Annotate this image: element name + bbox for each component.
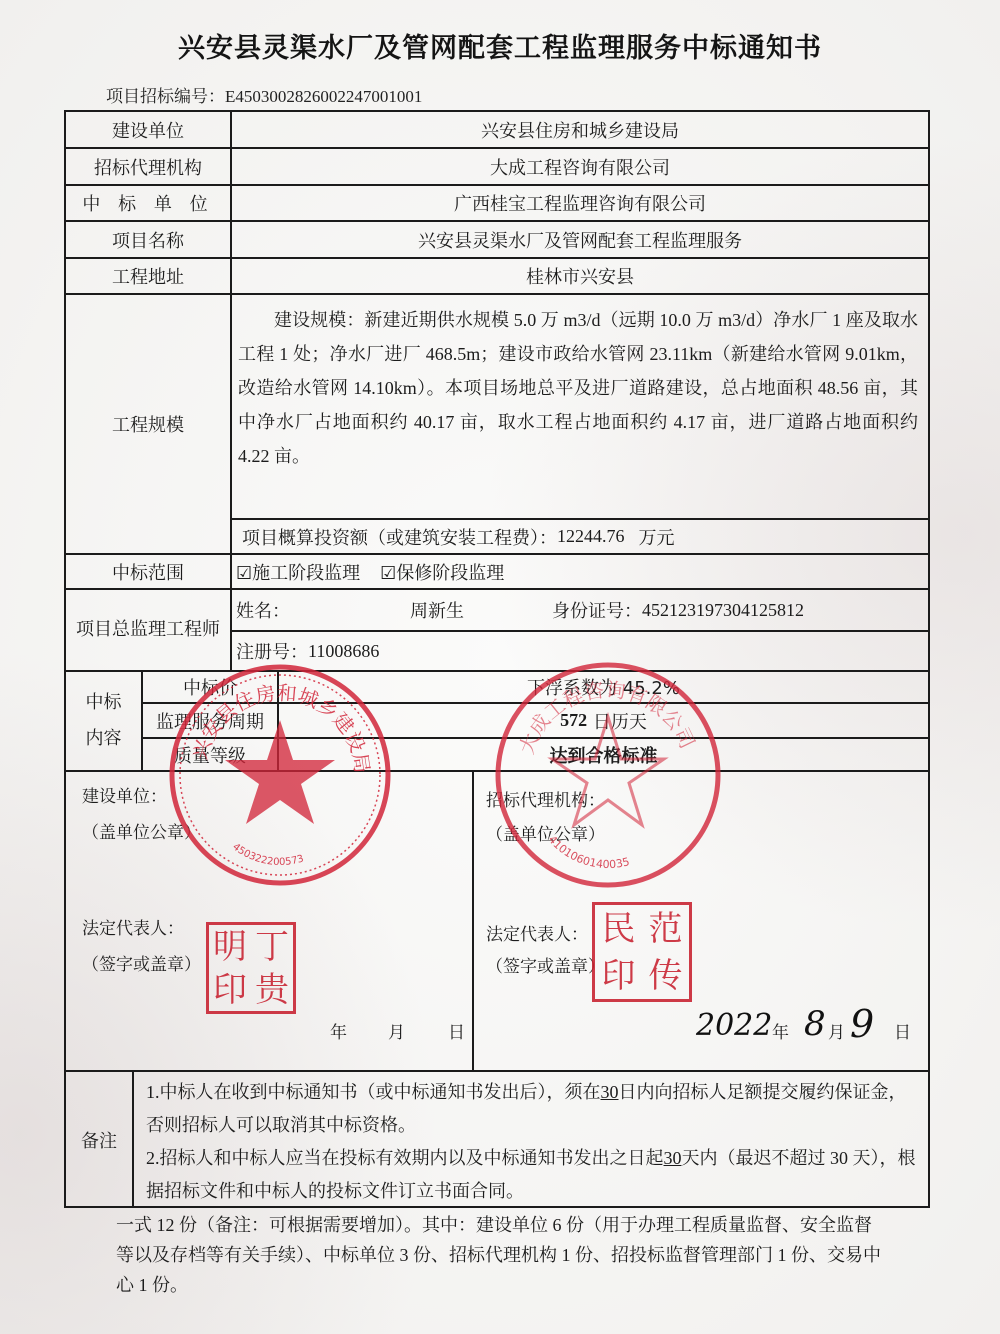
stamp-char: 丁: [251, 930, 293, 964]
note-1-a: 1.中标人在收到中标通知书（或中标通知书发出后），须在: [146, 1082, 601, 1102]
stamp-char: 印: [595, 959, 642, 993]
label-scope: 中标范围: [66, 555, 230, 588]
sig-left-rep-hint: （签字或盖章）: [82, 950, 201, 975]
label-bid-content: 中标内容: [66, 672, 141, 770]
investment-line: 项目概算投资额（或建筑安装工程费）： 12244.76 万元: [232, 520, 928, 553]
legal-rep-stamp-right: 民 范 印 传: [592, 902, 692, 1002]
notes-block: 1.中标人在收到中标通知书（或中标通知书发出后），须在30日内向招标人足额提交履…: [66, 1070, 928, 1208]
label-construction-unit: 建设单位: [66, 112, 230, 147]
stamp-char: 明: [209, 930, 251, 964]
bid-number-value: E4503002826002247001001: [225, 87, 422, 106]
handwritten-day: 9: [850, 1002, 874, 1046]
checkbox-construction-stage[interactable]: ☑施工阶段监理: [236, 559, 360, 585]
name-label: 姓名：: [236, 597, 290, 623]
sig-left-date-month: 月: [388, 1018, 405, 1043]
label-chief-engineer: 项目总监理工程师: [66, 590, 230, 670]
value-address: 桂林市兴安县: [232, 259, 928, 293]
value-bid-price: 下浮系数为 45.2%: [279, 672, 928, 702]
row-divider: [66, 770, 928, 772]
service-period-days: 572: [560, 710, 587, 731]
scope-option-label: 保修阶段监理: [396, 563, 504, 584]
bid-number-label: 项目招标编号：: [106, 87, 225, 107]
investment-value: 12244.76: [557, 526, 625, 547]
scale-description: 建设规模：新建近期供水规模 5.0 万 m3/d（远期 10.0 万 m3/d）…: [238, 303, 918, 473]
chief-engineer-name: 周新生: [322, 597, 552, 623]
value-quality: 达到合格标准: [279, 739, 928, 770]
value-construction-unit: 兴安县住房和城乡建设局: [232, 112, 928, 147]
chief-engineer-name-line: 姓名： 周新生 身份证号：452123197304125812: [232, 590, 928, 630]
label-quality: 质量等级: [143, 739, 277, 770]
reg-number: 11008686: [308, 641, 379, 662]
sig-left-date-year: 年: [330, 1018, 347, 1043]
footer-copies-note: 一式 12 份（备注：可根据需要增加）。其中：建设单位 6 份（用于办理工程质量…: [116, 1210, 886, 1300]
stamp-char: 贵: [251, 973, 293, 1007]
label-service-period: 监理服务周期: [143, 704, 277, 737]
sig-right-rep-label: 法定代表人：: [486, 920, 588, 945]
note-2-days: 30: [664, 1148, 682, 1168]
handwritten-month: 8: [804, 1004, 826, 1044]
service-period-unit: 日历天: [593, 708, 647, 734]
sig-left-seal-hint: （盖单位公章）: [82, 818, 201, 843]
document-title: 兴安县灵渠水厂及管网配套工程监理服务中标通知书: [0, 26, 1000, 65]
stamp-char: 民: [595, 912, 642, 946]
col-divider: [472, 770, 474, 1070]
checkbox-warranty-stage[interactable]: ☑保修阶段监理: [380, 559, 504, 585]
stamp-char: 印: [209, 973, 251, 1007]
sig-right-unit-label: 招标代理机构：: [486, 786, 605, 811]
sig-right-date-year: 年: [772, 1018, 789, 1043]
sig-right-rep-hint: （签字或盖章）: [486, 952, 605, 977]
value-service-period: 572 日历天: [279, 704, 928, 737]
note-1-days: 30: [601, 1082, 619, 1102]
id-label: 身份证号：: [552, 597, 642, 623]
label-address: 工程地址: [66, 259, 230, 293]
value-agency: 大成工程咨询有限公司: [232, 149, 928, 184]
legal-rep-stamp-left: 明 丁 印 贵: [206, 922, 296, 1014]
investment-label: 项目概算投资额（或建筑安装工程费）：: [242, 524, 557, 550]
sig-left-date-day: 日: [448, 1018, 465, 1043]
scope-option-label: 施工阶段监理: [252, 563, 360, 584]
sig-right-seal-hint: （盖单位公章）: [486, 820, 605, 845]
investment-unit: 万元: [639, 524, 675, 550]
label-agency: 招标代理机构: [66, 149, 230, 184]
sig-left-rep-label: 法定代表人：: [82, 914, 184, 939]
id-number: 452123197304125812: [642, 600, 804, 621]
bid-number-line: 项目招标编号：E4503002826002247001001: [106, 82, 422, 107]
handwritten-year: 2022: [696, 1008, 772, 1043]
reg-label: 注册号：: [236, 638, 308, 664]
scale-block: 建设规模：新建近期供水规模 5.0 万 m3/d（远期 10.0 万 m3/d）…: [66, 295, 928, 517]
notes-text: 1.中标人在收到中标通知书（或中标通知书发出后），须在30日内向招标人足额提交履…: [146, 1076, 916, 1208]
label-winner: 中 标 单 位: [66, 186, 230, 220]
value-winner: 广西桂宝工程监理咨询有限公司: [232, 186, 928, 220]
chief-engineer-reg-line: 注册号：11008686: [232, 632, 928, 670]
label-bid-price: 中标价: [143, 672, 277, 702]
value-project-name: 兴安县灵渠水厂及管网配套工程监理服务: [232, 222, 928, 257]
sig-right-date-day: 日: [894, 1018, 911, 1043]
note-2-a: 2.招标人和中标人应当在投标有效期内以及中标通知书发出之日起: [146, 1148, 664, 1168]
notice-table: 建设单位 兴安县住房和城乡建设局 招标代理机构 大成工程咨询有限公司 中 标 单…: [64, 110, 930, 1208]
sig-right-date-month: 月: [828, 1018, 845, 1043]
label-project-name: 项目名称: [66, 222, 230, 257]
stamp-char: 传: [642, 959, 689, 993]
scope-options: ☑施工阶段监理 ☑保修阶段监理: [232, 555, 928, 588]
sig-left-unit-label: 建设单位：: [82, 782, 167, 807]
checkbox-checked-icon: ☑: [380, 563, 396, 584]
stamp-char: 范: [642, 912, 689, 946]
checkbox-checked-icon: ☑: [236, 563, 252, 584]
